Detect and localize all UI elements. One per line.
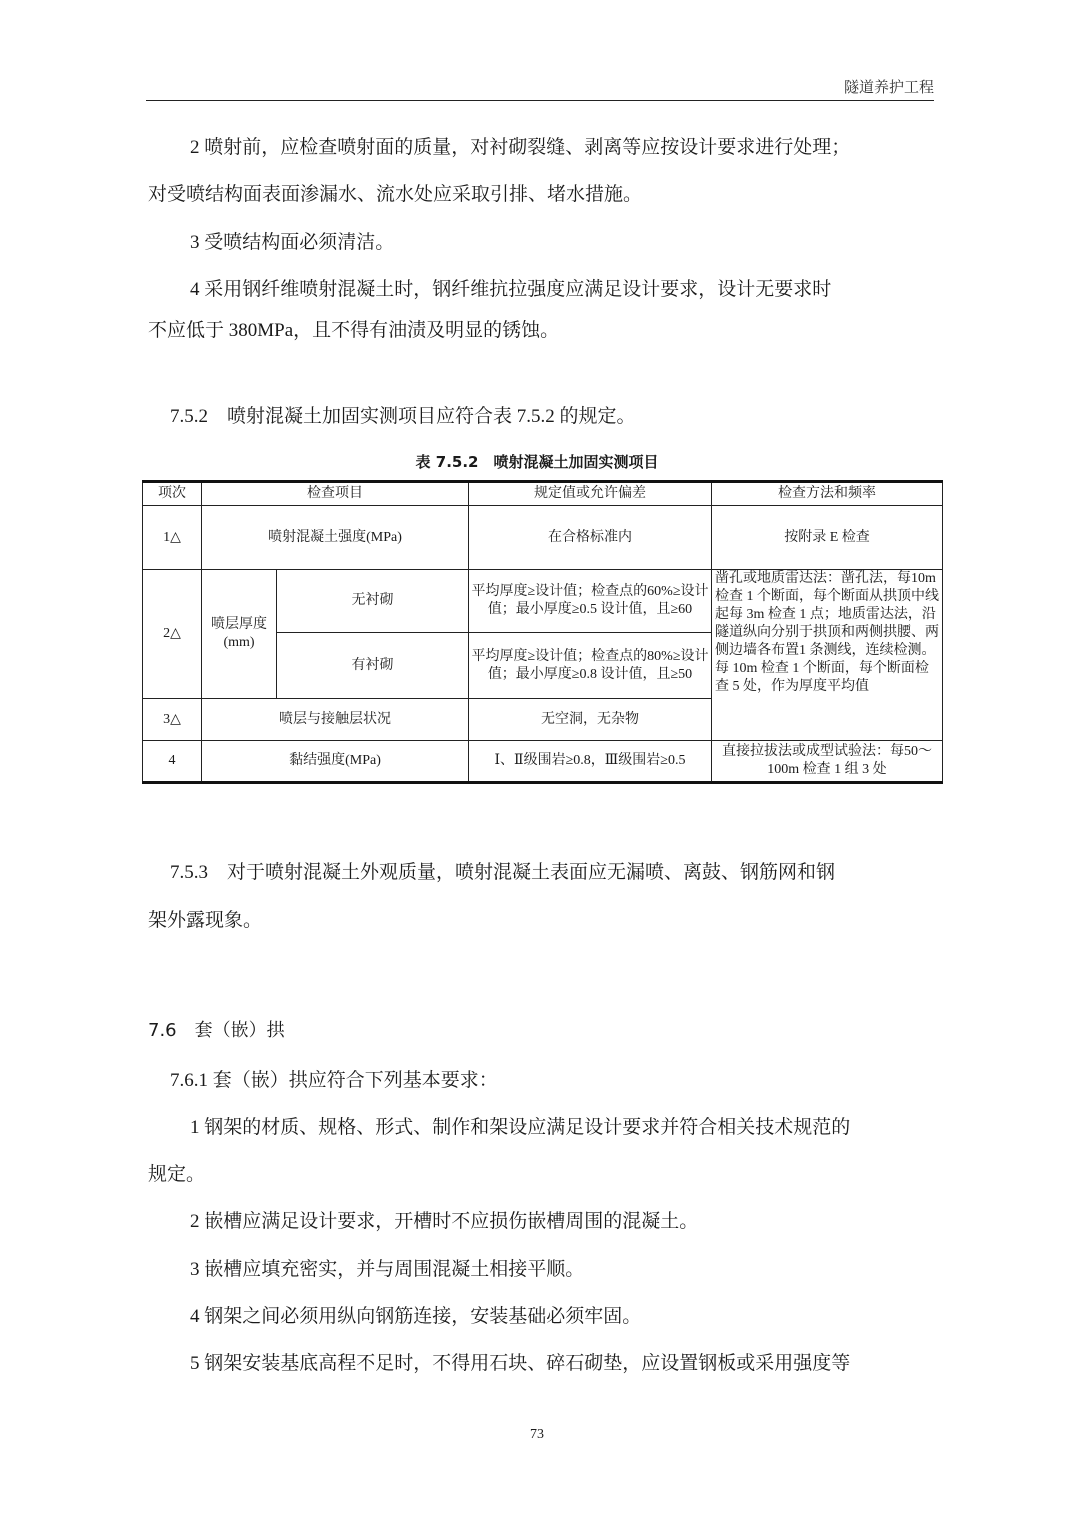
requirement-3: 3 嵌槽应填充密实，并与周围混凝土相接平顺。	[190, 1259, 980, 1281]
header-method: 检查方法和频率	[712, 482, 943, 506]
header-item: 检查项目	[202, 482, 469, 506]
row-no: 3△	[143, 699, 202, 741]
row-subitem: 有衬砌	[277, 633, 469, 699]
row-value: 在合格标准内	[469, 506, 712, 570]
requirement-5: 5 钢架安装基底高程不足时，不得用石块、碎石砌垫，应设置钢板或采用强度等	[190, 1353, 980, 1375]
paragraph-item-2-cont: 对受喷结构面表面渗漏水、流水处应采取引排、堵水措施。	[148, 184, 938, 206]
paragraph-item-4-cont: 不应低于 380MPa，且不得有油渍及明显的锈蚀。	[148, 320, 938, 342]
row-method: 直接拉拔法或成型试验法：每50～100m 检查 1 组 3 处	[712, 741, 943, 783]
row-value: 平均厚度≥设计值；检查点的80%≥设计值；最小厚度≥0.8 设计值，且≥50	[469, 633, 712, 699]
requirement-4: 4 钢架之间必须用纵向钢筋连接，安装基础必须牢固。	[190, 1306, 980, 1328]
row-no: 2△	[143, 570, 202, 699]
header-value: 规定值或允许偏差	[469, 482, 712, 506]
table-row: 1△ 喷射混凝土强度(MPa) 在合格标准内 按附录 E 检查	[143, 506, 943, 570]
table-row: 4 黏结强度(MPa) Ⅰ、Ⅱ级围岩≥0.8，Ⅲ级围岩≥0.5 直接拉拔法或成型…	[143, 741, 943, 783]
paragraph-item-4: 4 采用钢纤维喷射混凝土时，钢纤维抗拉强度应满足设计要求，设计无要求时	[190, 279, 980, 301]
section-7-5-3-cont: 架外露现象。	[148, 910, 938, 932]
table-row: 2△ 喷层厚度(mm) 无衬砌 平均厚度≥设计值；检查点的60%≥设计值；最小厚…	[143, 570, 943, 633]
table-header-row: 项次 检查项目 规定值或允许偏差 检查方法和频率	[143, 482, 943, 506]
row-subitem: 无衬砌	[277, 570, 469, 633]
row-no: 1△	[143, 506, 202, 570]
row-item: 黏结强度(MPa)	[202, 741, 469, 783]
section-7-6-heading: 7.6 套（嵌）拱	[148, 1020, 938, 1042]
paragraph-item-3: 3 受喷结构面必须清洁。	[190, 232, 980, 254]
row-item: 喷射混凝土强度(MPa)	[202, 506, 469, 570]
running-header-title: 隧道养护工程	[844, 76, 934, 97]
section-7-5-2: 7.5.2 喷射混凝土加固实测项目应符合表 7.5.2 的规定。	[170, 406, 960, 428]
row-item: 喷层厚度(mm)	[202, 570, 277, 699]
page-number: 73	[0, 1427, 1074, 1443]
running-header: 隧道养护工程	[146, 76, 934, 101]
row-value: 平均厚度≥设计值；检查点的60%≥设计值；最小厚度≥0.5 设计值，且≥60	[469, 570, 712, 633]
row-item: 喷层与接触层状况	[202, 699, 469, 741]
requirement-1-cont: 规定。	[148, 1164, 938, 1186]
requirement-2: 2 嵌槽应满足设计要求，开槽时不应损伤嵌槽周围的混凝土。	[190, 1211, 980, 1233]
row-method: 凿孔或地质雷达法：凿孔法，每10m 检查 1 个断面，每个断面从拱顶中线起每 3…	[712, 570, 943, 741]
row-method: 按附录 E 检查	[712, 506, 943, 570]
header-no: 项次	[143, 482, 202, 506]
row-no: 4	[143, 741, 202, 783]
inspection-table: 项次 检查项目 规定值或允许偏差 检查方法和频率 1△ 喷射混凝土强度(MPa)…	[142, 480, 943, 784]
row-value: Ⅰ、Ⅱ级围岩≥0.8，Ⅲ级围岩≥0.5	[469, 741, 712, 783]
paragraph-item-2: 2 喷射前，应检查喷射面的质量，对衬砌裂缝、剥离等应按设计要求进行处理；	[190, 137, 980, 159]
row-value: 无空洞，无杂物	[469, 699, 712, 741]
section-7-6-1: 7.6.1 套（嵌）拱应符合下列基本要求：	[170, 1070, 960, 1092]
table-caption: 表 7.5.2 喷射混凝土加固实测项目	[0, 451, 1074, 472]
section-7-5-3: 7.5.3 对于喷射混凝土外观质量，喷射混凝土表面应无漏喷、离鼓、钢筋网和钢	[170, 862, 960, 884]
requirement-1: 1 钢架的材质、规格、形式、制作和架设应满足设计要求并符合相关技术规范的	[190, 1117, 980, 1139]
